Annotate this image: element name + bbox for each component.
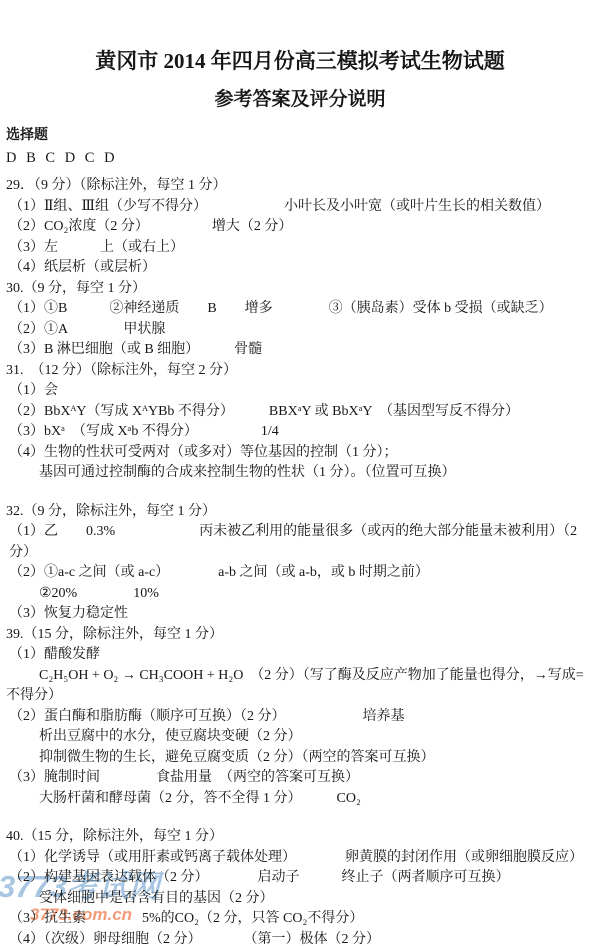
answer-continuation-line: 基因可通过控制酶的合成来控制生物的性状（1 分）。（位置可互换）: [39, 463, 594, 484]
answer-line: （3）左 上（或右上）: [9, 238, 594, 259]
chemical-equation-line: C₂H₅OH + O₂ → CH₃COOH + H₂O （2 分）（写了酶及反应…: [39, 666, 594, 687]
document-title: 黄冈市 2014 年四月份高三模拟考试生物试题: [6, 48, 594, 74]
answer-line: （3）bXᵃ （写成 Xᵃb 不得分） 1/4: [9, 422, 594, 443]
multiple-choice-answers: D B C D C D: [6, 148, 594, 168]
question-30-header: 30.（9 分，每空 1 分）: [6, 279, 594, 300]
answer-line: （3）腌制时间 食盐用量 （两空的答案可互换）: [9, 768, 594, 789]
answer-line: （4）生物的性状可受两对（或多对）等位基因的控制（1 分）；: [9, 443, 594, 464]
document-subtitle: 参考答案及评分说明: [6, 88, 594, 112]
answer-line: （1）化学诱导（或用肝素或钙离子载体处理） 卵黄膜的封闭作用（或卵细胞膜反应）: [9, 848, 594, 869]
answer-line: （2）BbXᴬY（写成 XᴬYBb 不得分） BBXᵃY 或 BbXᵃY （基因…: [9, 402, 594, 423]
answer-line: （2）蛋白酶和脂肪酶（顺序可互换）（2 分） 培养基: [9, 707, 594, 728]
answer-continuation-line: 大肠杆菌和酵母菌（2 分，答不全得 1 分） CO₂: [39, 789, 594, 810]
multiple-choice-section-label: 选择题: [6, 126, 594, 146]
question-29-header: 29．（9 分）（除标注外，每空 1 分）: [6, 176, 594, 197]
answer-line: （4）（次级）卵母细胞（2 分） （第一）极体（2 分）: [9, 930, 594, 946]
answer-line: （3）B 淋巴细胞（或 B 细胞） 骨髓: [9, 340, 594, 361]
answer-line: （2）构建基因表达载体（2 分） 启动子 终止子（两者顺序可互换）: [9, 868, 594, 889]
answer-continuation-line: 不得分）: [6, 686, 594, 707]
question-32-header: 32.（9 分，除标注外，每空 1 分）: [6, 502, 594, 523]
document-content: 黄冈市 2014 年四月份高三模拟考试生物试题 参考答案及评分说明 选择题 D …: [0, 0, 600, 946]
answer-line: （2）①A 甲状腺: [9, 320, 594, 341]
question-39-header: 39.（15 分，除标注外，每空 1 分）: [6, 625, 594, 646]
exam-answer-document: 3773考试网 3773.com.cn 黄冈市 2014 年四月份高三模拟考试生…: [0, 0, 600, 946]
answer-line: （1）Ⅱ组、Ⅲ组（少写不得分） 小叶长及小叶宽（或叶片生长的相关数值）: [9, 197, 594, 218]
answer-line: （1）乙 0.3% 丙未被乙利用的能量很多（或丙的绝大部分能量未被利用）（2 分…: [9, 522, 594, 563]
answer-line: （4）纸层析（或层析）: [9, 258, 594, 279]
answer-line: （2）CO₂浓度（2 分） 增大（2 分）: [9, 217, 594, 238]
answer-continuation-line: 受体细胞中是否含有目的基因（2 分）: [39, 889, 594, 910]
answer-line: （3）恢复力稳定性: [9, 604, 594, 625]
answer-line: （3）抗生素 5%的CO₂（2 分，只答 CO₂不得分）: [9, 909, 594, 930]
answer-continuation-line: 析出豆腐中的水分，使豆腐块变硬（2 分）: [39, 727, 594, 748]
question-31-header: 31. （12 分）（除标注外，每空 2 分）: [6, 361, 594, 382]
answer-continuation-line: ②20% 10%: [39, 584, 594, 605]
answer-line: （1）①B ②神经递质 B 增多 ③（胰岛素）受体 b 受损（或缺乏）: [9, 299, 594, 320]
answer-continuation-line: 抑制微生物的生长，避免豆腐变质（2 分）（两空的答案可互换）: [39, 748, 594, 769]
answer-line: （1）会: [9, 381, 594, 402]
answer-line: （2）①a-c 之间（或 a-c） a-b 之间（或 a-b，或 b 时期之前）: [9, 563, 594, 584]
answer-line: （1）醋酸发酵: [9, 645, 594, 666]
question-40-header: 40.（15 分，除标注外，每空 1 分）: [6, 827, 594, 848]
